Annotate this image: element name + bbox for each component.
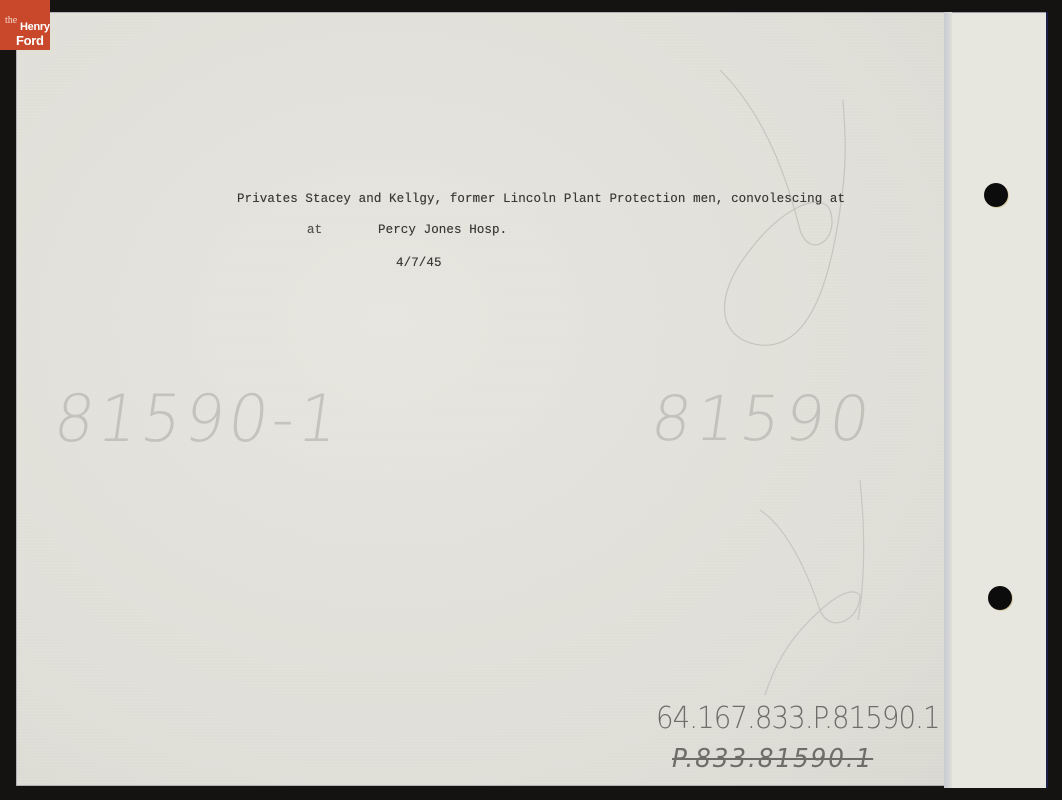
faint-pencil-number-left: 81590-1 bbox=[50, 380, 348, 457]
caption-line-2: Percy Jones Hosp. bbox=[378, 223, 507, 237]
punch-hole-bottom bbox=[988, 586, 1012, 610]
old-accession-number-struck: P.833.81590.1 bbox=[672, 744, 873, 774]
accession-number: 64.167.833.P.81590.1 bbox=[656, 701, 940, 736]
punch-hole-top bbox=[984, 183, 1008, 207]
scan-stage: the Henry Ford Privates Stacey and Kellg… bbox=[0, 0, 1062, 800]
caption-line-2-prefix: at bbox=[307, 223, 322, 237]
faint-pencil-number-right: 81590 bbox=[647, 382, 879, 455]
logo-ford: Ford bbox=[16, 34, 44, 47]
caption-date: 4/7/45 bbox=[396, 256, 442, 270]
caption-line-1: Privates Stacey and Kellgy, former Linco… bbox=[237, 192, 845, 206]
logo-the: the bbox=[5, 16, 17, 26]
logo-henry: Henry bbox=[20, 22, 50, 33]
binding-strip bbox=[946, 12, 1048, 788]
henry-ford-logo: the Henry Ford bbox=[0, 0, 50, 50]
